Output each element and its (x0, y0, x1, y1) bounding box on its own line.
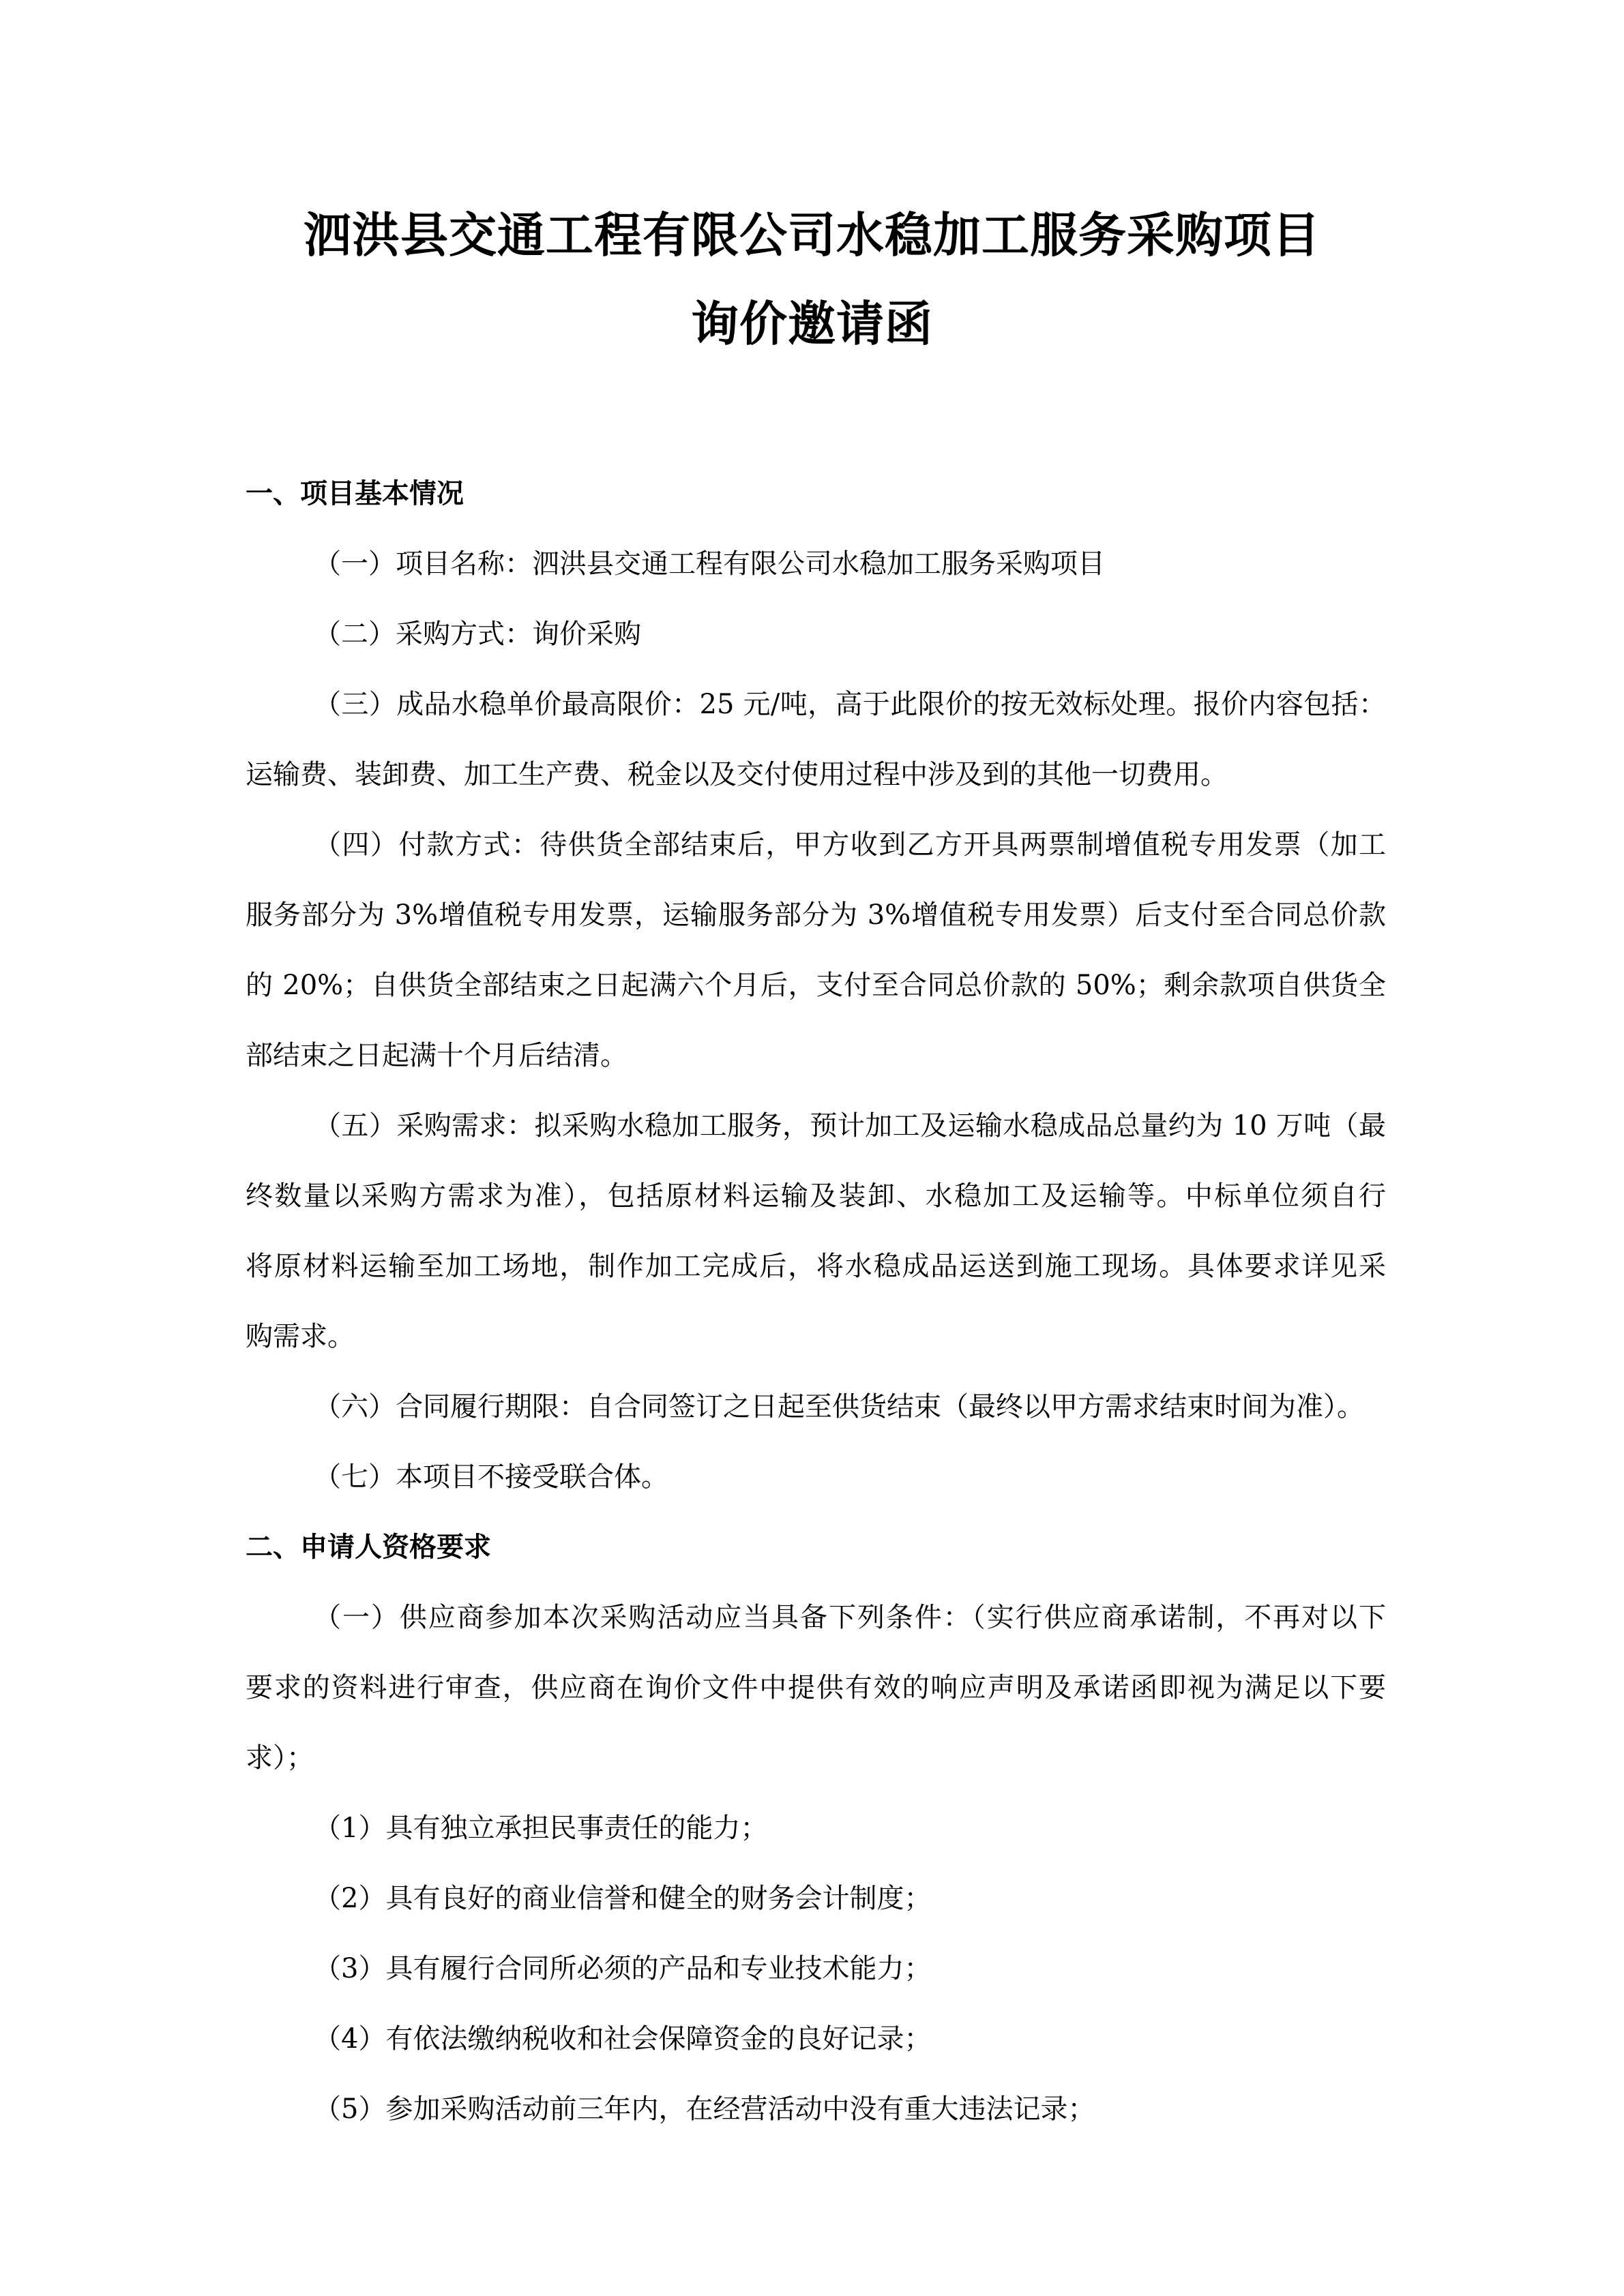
document-body: 一、项目基本情况 （一）项目名称：泗洪县交通工程有限公司水稳加工服务采购项目 （… (246, 459, 1386, 2145)
item-procurement-method: （二）采购方式：询价采购 (246, 599, 1386, 670)
section-heading-applicant-qualifications: 二、申请人资格要求 (246, 1512, 1386, 1583)
paragraph-line: 求）； (246, 1723, 1386, 1793)
document-page: 泗洪县交通工程有限公司水稳加工服务采购项目 询价邀请函 一、项目基本情况 （一）… (0, 0, 1624, 2296)
paragraph-line: 的 20%；自供货全部结束之日起满六个月后，支付至合同总价款的 50%；剩余款项… (246, 951, 1386, 1021)
item-contract-period: （六）合同履行期限：自合同签订之日起至供货结束（最终以甲方需求结束时间为准）。 (246, 1372, 1386, 1442)
section-heading-project-basics: 一、项目基本情况 (246, 459, 1386, 529)
paragraph-line: 运输费、装卸费、加工生产费、税金以及交付使用过程中涉及到的其他一切费用。 (246, 740, 1386, 810)
item-no-consortium: （七）本项目不接受联合体。 (246, 1442, 1386, 1512)
item-project-name: （一）项目名称：泗洪县交通工程有限公司水稳加工服务采购项目 (246, 529, 1386, 599)
item-payment-terms: （四）付款方式：待供货全部结束后，甲方收到乙方开具两票制增值税专用发票（加工 服… (246, 810, 1386, 1091)
document-title: 泗洪县交通工程有限公司水稳加工服务采购项目 (0, 205, 1624, 266)
qualification-item-1: （1）具有独立承担民事责任的能力； (246, 1793, 1386, 1864)
paragraph-line: 购需求。 (246, 1302, 1386, 1372)
item-procurement-requirements: （五）采购需求：拟采购水稳加工服务，预计加工及运输水稳成品总量约为 10 万吨（… (246, 1091, 1386, 1372)
paragraph-line: 要求的资料进行审查，供应商在询价文件中提供有效的响应声明及承诺函即视为满足以下要 (246, 1653, 1386, 1723)
paragraph-line: （四）付款方式：待供货全部结束后，甲方收到乙方开具两票制增值税专用发票（加工 (246, 810, 1386, 880)
qualification-item-2: （2）具有良好的商业信誉和健全的财务会计制度； (246, 1864, 1386, 1934)
paragraph-line: （一）供应商参加本次采购活动应当具备下列条件：（实行供应商承诺制，不再对以下 (246, 1583, 1386, 1653)
paragraph-line: （五）采购需求：拟采购水稳加工服务，预计加工及运输水稳成品总量约为 10 万吨（… (246, 1091, 1386, 1161)
paragraph-line: 将原材料运输至加工场地，制作加工完成后，将水稳成品运送到施工现场。具体要求详见采 (246, 1232, 1386, 1302)
qualification-item-4: （4）有依法缴纳税收和社会保障资金的良好记录； (246, 2004, 1386, 2074)
paragraph-line: 终数量以采购方需求为准），包括原材料运输及装卸、水稳加工及运输等。中标单位须自行 (246, 1161, 1386, 1232)
qualification-item-5: （5）参加采购活动前三年内，在经营活动中没有重大违法记录； (246, 2074, 1386, 2145)
paragraph-line: 服务部分为 3%增值税专用发票，运输服务部分为 3%增值税专用发票）后支付至合同… (246, 880, 1386, 951)
paragraph-line: （三）成品水稳单价最高限价：25 元/吨，高于此限价的按无效标处理。报价内容包括… (246, 670, 1386, 740)
paragraph-line: 部结束之日起满十个月后结清。 (246, 1021, 1386, 1091)
item-supplier-conditions: （一）供应商参加本次采购活动应当具备下列条件：（实行供应商承诺制，不再对以下 要… (246, 1583, 1386, 1793)
qualification-item-3: （3）具有履行合同所必须的产品和专业技术能力； (246, 1934, 1386, 2004)
document-subtitle: 询价邀请函 (0, 293, 1624, 355)
item-price-limit: （三）成品水稳单价最高限价：25 元/吨，高于此限价的按无效标处理。报价内容包括… (246, 670, 1386, 810)
